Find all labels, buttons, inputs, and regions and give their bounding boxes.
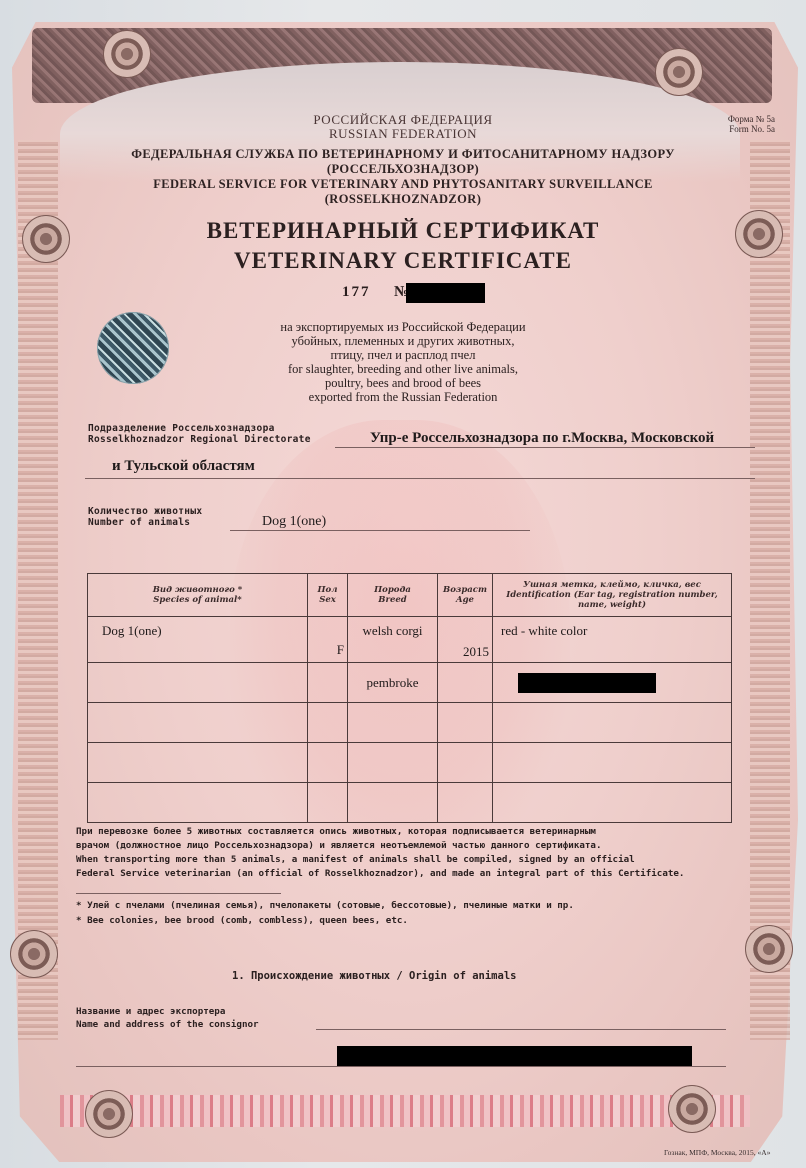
directorate-label-en: Rosselkhoznadzor Regional Directorate xyxy=(88,434,311,445)
table-row xyxy=(88,783,732,823)
cell-species: Dog 1(one) xyxy=(88,617,308,663)
subtitle-ru-line3: птицу, пчел и расплод пчел xyxy=(0,348,806,363)
footnote-en: * Bee colonies, bee brood (comb, combles… xyxy=(76,914,408,928)
country-en: RUSSIAN FEDERATION xyxy=(0,126,806,142)
manifest-note-en-1: When transporting more than 5 animals, a… xyxy=(76,853,635,867)
table-row xyxy=(88,703,732,743)
certificate-number-redacted xyxy=(406,283,485,303)
col-header-identification: Ушная метка, клеймо, кличка, весIdentifi… xyxy=(493,574,732,617)
cell-species xyxy=(88,663,308,703)
section1-title: 1. Происхождение животных / Origin of an… xyxy=(232,970,516,984)
col-header-sex: ПолSex xyxy=(308,574,348,617)
form-number: Форма № 5а Form No. 5a xyxy=(700,114,775,134)
cell-identification-redacted xyxy=(493,663,732,703)
subtitle-en-line2: poultry, bees and brood of bees xyxy=(0,376,806,391)
guilloche-left-border xyxy=(18,140,58,1040)
consignor-value-redacted xyxy=(337,1046,692,1066)
consignor-label-ru: Название и адрес экспортера xyxy=(76,1005,225,1019)
cell-sex xyxy=(308,663,348,703)
subtitle-ru-line1: на экспортируемых из Российской Федераци… xyxy=(0,320,806,335)
cell-age xyxy=(438,663,493,703)
consignor-field-line2 xyxy=(76,1066,726,1067)
directorate-value-line2: и Тульской областям xyxy=(112,458,255,475)
table-header-row: Вид животного *Species of animal* ПолSex… xyxy=(88,574,732,617)
directorate-label-ru: Подразделение Россельхознадзора xyxy=(88,423,275,434)
subtitle-en-line1: for slaughter, breeding and other live a… xyxy=(0,362,806,377)
directorate-field-line2 xyxy=(85,478,755,479)
guilloche-bottom-band xyxy=(60,1095,750,1127)
agency-ru-line1: ФЕДЕРАЛЬНАЯ СЛУЖБА ПО ВЕТЕРИНАРНОМУ И ФИ… xyxy=(0,147,806,162)
agency-ru-line2: (РОССЕЛЬХОЗНАДЗОР) xyxy=(0,162,806,177)
certificate-series: 177 xyxy=(342,284,371,301)
certificate-title-ru: ВЕТЕРИНАРНЫЙ СЕРТИФИКАТ xyxy=(0,218,806,244)
animals-count-field-line xyxy=(230,530,530,531)
manifest-note-ru-1: При перевозке более 5 животных составляе… xyxy=(76,825,596,839)
guilloche-right-border xyxy=(750,140,790,1040)
rosette-top-left-icon xyxy=(103,30,151,78)
col-header-breed: ПородаBreed xyxy=(348,574,438,617)
rosette-lower-right-icon xyxy=(745,925,793,973)
agency-en-line1: FEDERAL SERVICE FOR VETERINARY AND PHYTO… xyxy=(0,177,806,192)
table-row xyxy=(88,743,732,783)
rosette-top-right-icon xyxy=(655,48,703,96)
rosette-bottom-right-icon xyxy=(668,1085,716,1133)
form-number-ru: Форма № 5а xyxy=(700,114,775,124)
animals-count-label-en: Number of animals xyxy=(88,517,190,528)
consignor-label-en: Name and address of the consignor xyxy=(76,1018,259,1032)
subtitle-en-line3: exported from the Russian Federation xyxy=(0,390,806,405)
animals-count-label-ru: Количество животных xyxy=(88,506,202,517)
animals-table: Вид животного *Species of animal* ПолSex… xyxy=(87,573,732,823)
agency-en-line2: (ROSSELKHOZNADZOR) xyxy=(0,192,806,207)
table-row: pembroke xyxy=(88,663,732,703)
animals-count-value: Dog 1(one) xyxy=(262,514,326,530)
col-header-species: Вид животного *Species of animal* xyxy=(88,574,308,617)
directorate-value-line1: Упр-е Россельхознадзора по г.Москва, Мос… xyxy=(370,430,714,447)
manifest-note-ru-2: врачом (должностное лицо Россельхознадзо… xyxy=(76,839,601,853)
cell-identification: red - white color xyxy=(493,617,732,663)
cell-breed: welsh corgi xyxy=(348,617,438,663)
consignor-field-line xyxy=(316,1029,726,1030)
rosette-bottom-left-icon xyxy=(85,1090,133,1138)
printer-imprint: Гознак, МПФ, Москва, 2015, «А» xyxy=(664,1148,770,1157)
col-header-age: ВозрастAge xyxy=(438,574,493,617)
cell-breed: pembroke xyxy=(348,663,438,703)
cell-sex: F xyxy=(308,617,348,663)
footnote-divider xyxy=(76,893,281,894)
cell-age: 2015 xyxy=(438,617,493,663)
manifest-note-en-2: Federal Service veterinarian (an officia… xyxy=(76,867,684,881)
footnote-ru: * Улей с пчелами (пчелиная семья), пчело… xyxy=(76,899,574,913)
form-number-en: Form No. 5a xyxy=(700,124,775,134)
subtitle-ru-line2: убойных, племенных и других животных, xyxy=(0,334,806,349)
directorate-field-line xyxy=(335,447,755,448)
certificate-title-en: VETERINARY CERTIFICATE xyxy=(0,248,806,274)
table-row: Dog 1(one) F welsh corgi 2015 red - whit… xyxy=(88,617,732,663)
rosette-lower-left-icon xyxy=(10,930,58,978)
